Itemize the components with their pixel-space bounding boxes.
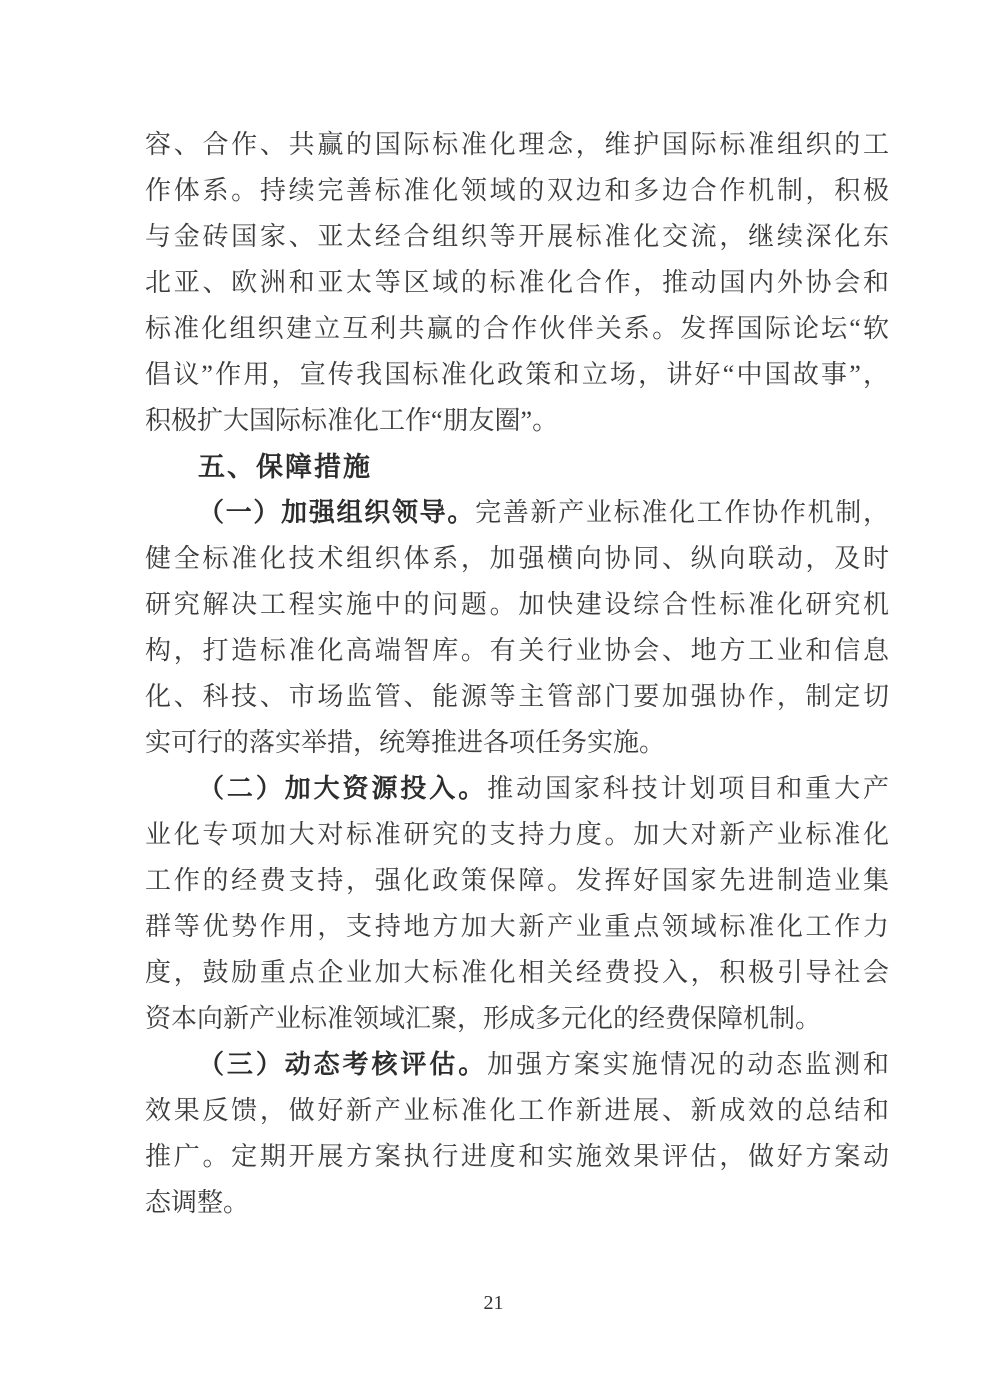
intro-line-last: 积极扩大国际标准化工作“朋友圈”。 [145,398,889,444]
paragraph-2-first-line: （二）加大资源投入。推动国家科技计划项目和重大产 [145,766,889,812]
paragraph-3-text: 加强方案实施情况的动态监测和 [487,1050,889,1079]
paragraph-1-line: 研究解决工程实施中的问题。加快建设综合性标准化研究机 [145,582,889,628]
intro-line: 倡议”作用，宣传我国标准化政策和立场，讲好“中国故事”， [145,352,889,398]
document-page: 容、合作、共赢的国际标准化理念，维护国际标准组织的工 作体系。持续完善标准化领域… [0,0,987,1397]
paragraph-2-lead: （二）加大资源投入。 [198,774,487,803]
paragraph-1-line: 化、科技、市场监管、能源等主管部门要加强协作，制定切 [145,674,889,720]
paragraph-2-text: 推动国家科技计划项目和重大产 [487,774,889,803]
intro-line: 容、合作、共赢的国际标准化理念，维护国际标准组织的工 [145,122,889,168]
paragraph-1-lead: （一）加强组织领导。 [198,498,475,527]
page-number: 21 [0,1292,987,1315]
document-body: 容、合作、共赢的国际标准化理念，维护国际标准组织的工 作体系。持续完善标准化领域… [145,122,889,1226]
paragraph-2-line-last: 资本向新产业标准领域汇聚，形成多元化的经费保障机制。 [145,996,889,1042]
paragraph-3-line: 推广。定期开展方案执行进度和实施效果评估，做好方案动 [145,1134,889,1180]
intro-line: 标准化组织建立互利共赢的合作伙伴关系。发挥国际论坛“软 [145,306,889,352]
paragraph-2-line: 群等优势作用，支持地方加大新产业重点领域标准化工作力 [145,904,889,950]
section-heading: 五、保障措施 [145,444,889,490]
intro-line: 与金砖国家、亚太经合组织等开展标准化交流，继续深化东 [145,214,889,260]
paragraph-2-line: 业化专项加大对标准研究的支持力度。加大对新产业标准化 [145,812,889,858]
paragraph-3-line-last: 态调整。 [145,1180,889,1226]
intro-line: 作体系。持续完善标准化领域的双边和多边合作机制，积极 [145,168,889,214]
paragraph-3-lead: （三）动态考核评估。 [198,1050,487,1079]
intro-line: 北亚、欧洲和亚太等区域的标准化合作，推动国内外协会和 [145,260,889,306]
paragraph-3-line: 效果反馈，做好新产业标准化工作新进展、新成效的总结和 [145,1088,889,1134]
paragraph-1-line: 健全标准化技术组织体系，加强横向协同、纵向联动，及时 [145,536,889,582]
paragraph-1-text: 完善新产业标准化工作协作机制， [475,498,889,527]
paragraph-2-line: 度，鼓励重点企业加大标准化相关经费投入，积极引导社会 [145,950,889,996]
paragraph-1-line-last: 实可行的落实举措，统筹推进各项任务实施。 [145,720,889,766]
paragraph-1-line: 构，打造标准化高端智库。有关行业协会、地方工业和信息 [145,628,889,674]
paragraph-2-line: 工作的经费支持，强化政策保障。发挥好国家先进制造业集 [145,858,889,904]
paragraph-3-first-line: （三）动态考核评估。加强方案实施情况的动态监测和 [145,1042,889,1088]
paragraph-1-first-line: （一）加强组织领导。完善新产业标准化工作协作机制， [145,490,889,536]
